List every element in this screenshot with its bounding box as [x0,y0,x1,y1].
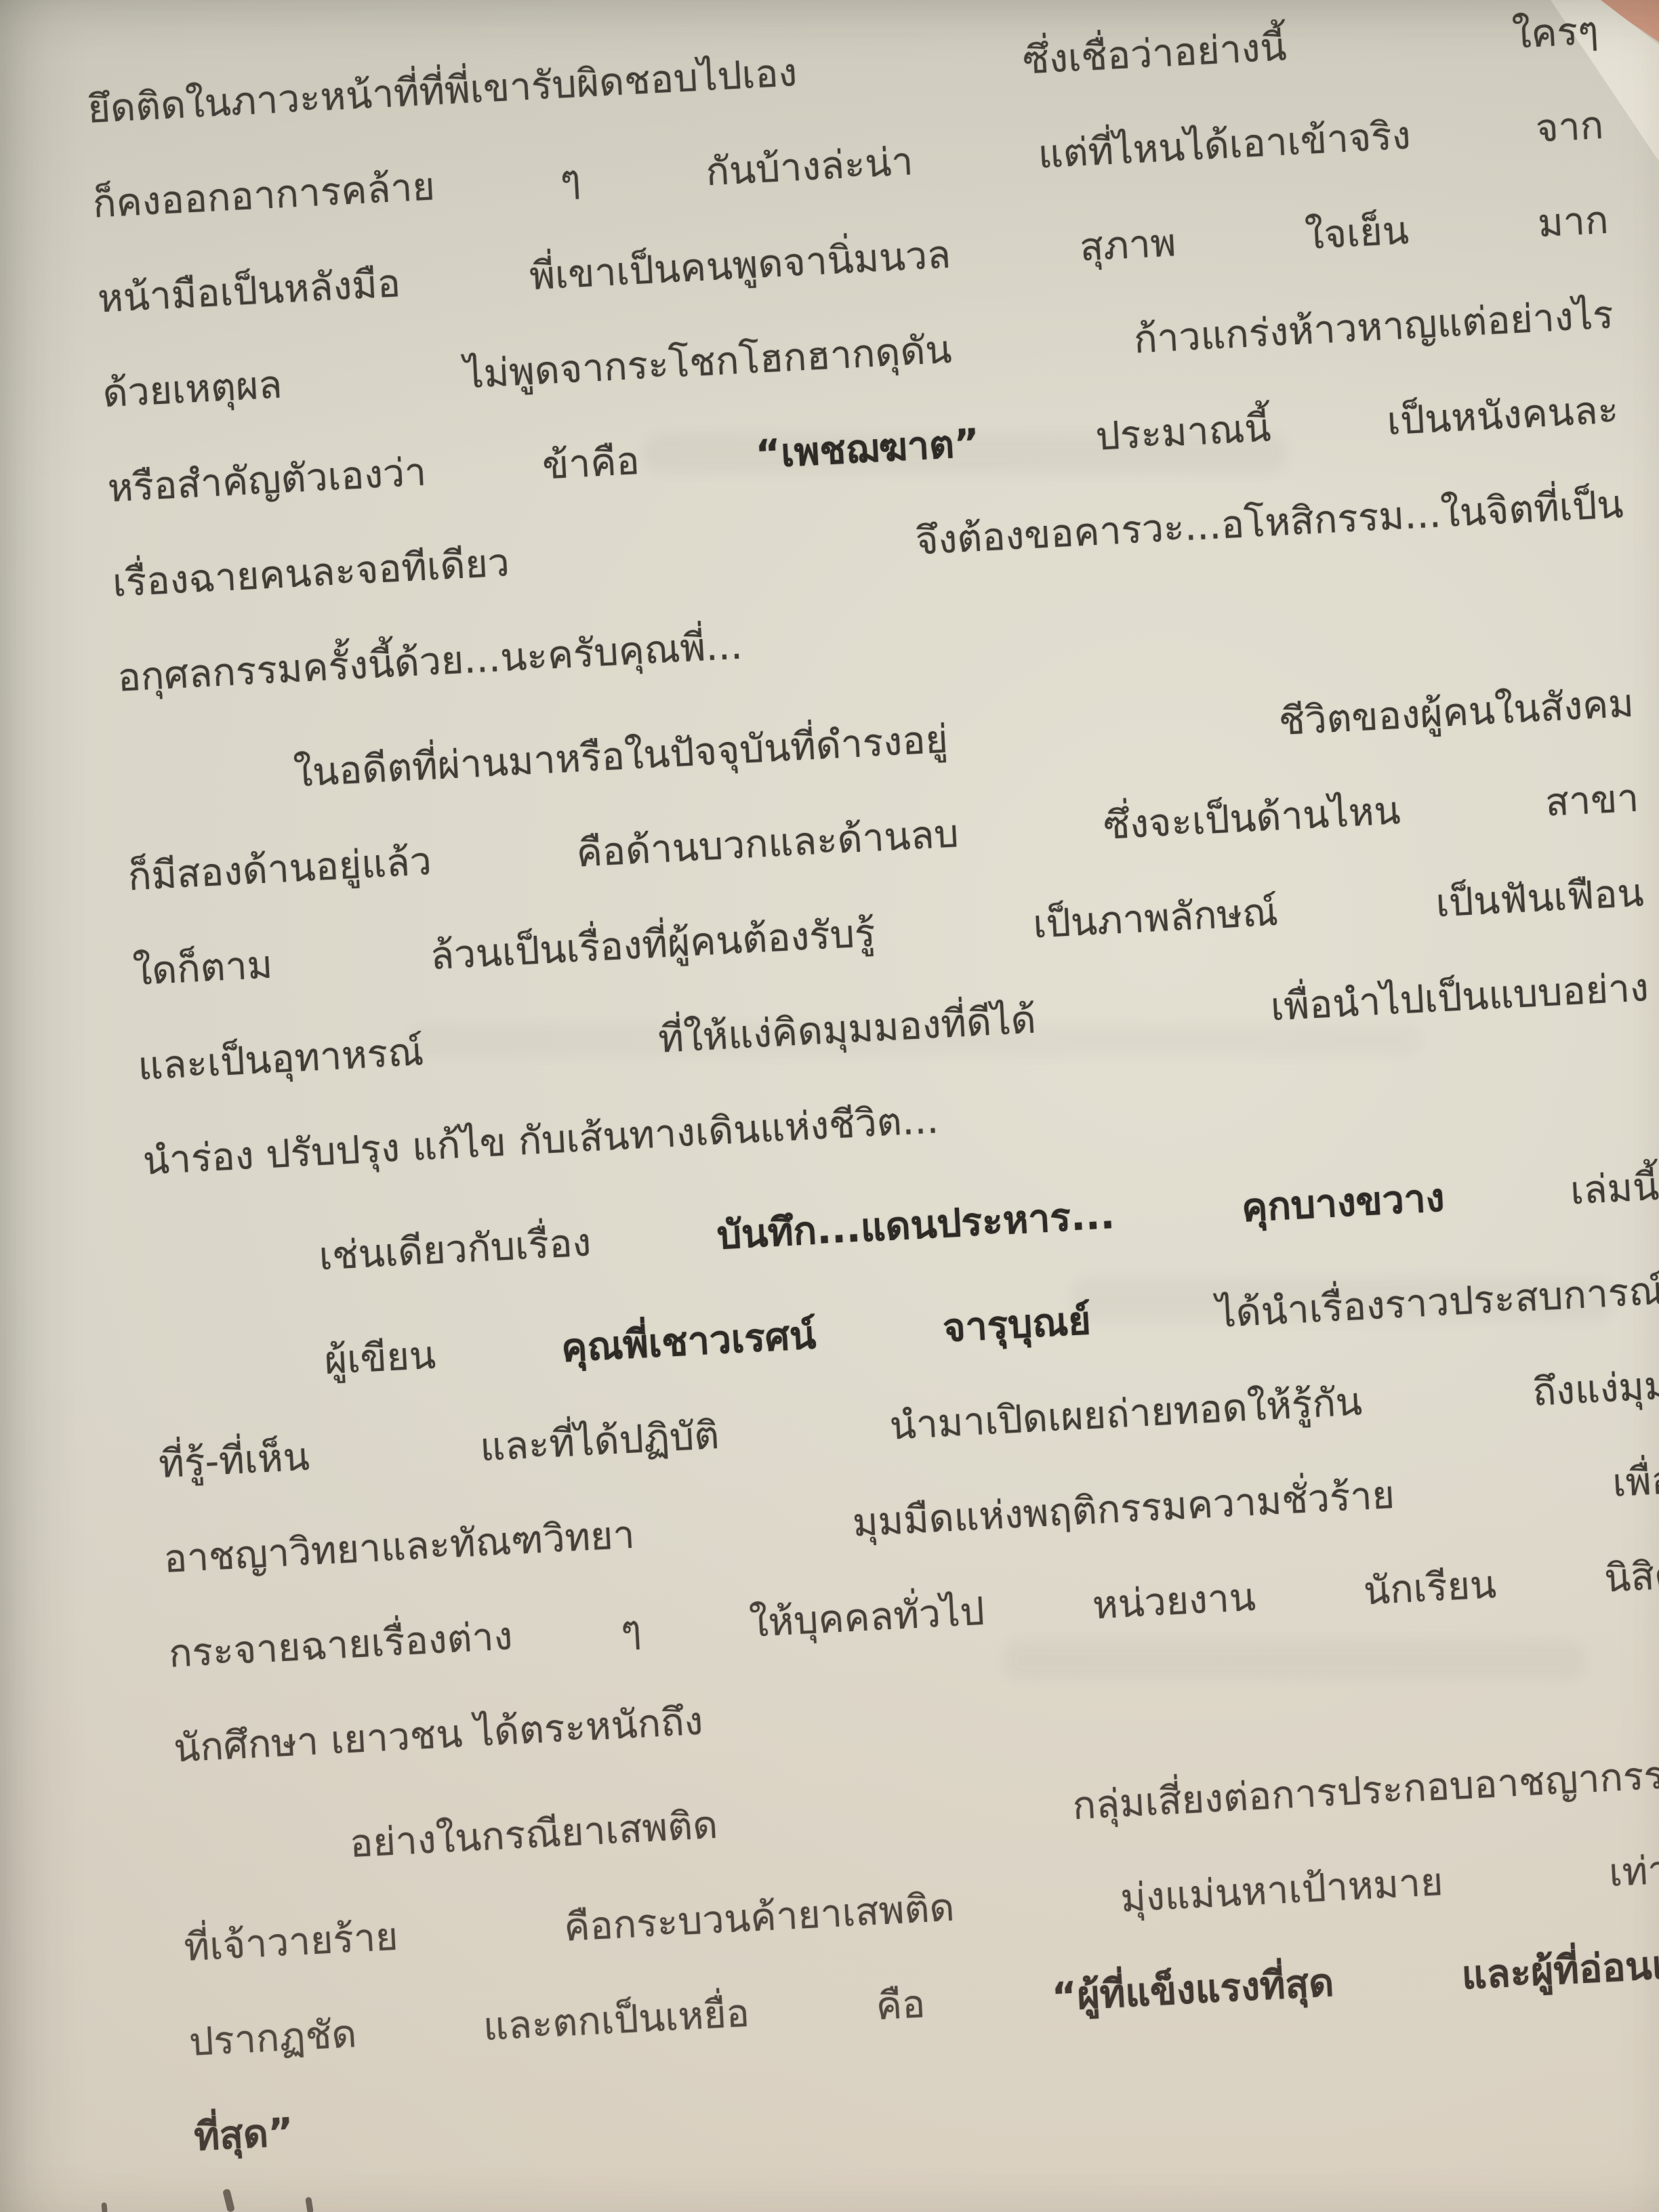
clipped-next-line-marks [101,2203,107,2212]
page-text: ยึดติดในภาวะหน้าที่ที่พี่เขารับผิดชอบไปเ… [85,0,1659,2185]
book-page-photo: ยึดติดในภาวะหน้าที่ที่พี่เขารับผิดชอบไปเ… [0,0,1659,2212]
bold-text-segment: “ผู้ที่แข็งแรงที่สุด และผู้ที่อ่อนแอ [1050,1941,1659,2020]
clipped-next-line-marks [305,2196,314,2212]
paragraph: ในอดีตที่ผ่านมาหรือในปัจจุบันที่ดำรงอยู่… [121,656,1656,1209]
paragraph: ผู้เขียน คุณพี่เชาวเรศน์ จารุบุณย์ ได้นำ… [151,1244,1659,1797]
bold-text-segment: คุณพี่เชาวเรศน์ จารุบุณย์ [560,1298,1092,1371]
text-segment: นักศึกษา เยาวชน ได้ตระหนักถึง [173,1699,704,1771]
text-segment: หรือสำคัญตัวเองว่า ข้าคือ [106,432,756,511]
text-segment: อกุศลกรรมครั้งนี้ด้วย...นะครับคุณพี่... [117,623,743,700]
clipped-next-line-marks [222,2188,235,2212]
paragraph: อย่างในกรณียาเสพติด กลุ่มเสี่ยงต่อการประ… [177,1727,1659,2185]
bold-text-segment: ที่สุด” [193,2110,295,2160]
text-segment: ปรากฏชัด และตกเป็นเหยื่อ คือ [188,1975,1052,2065]
text-segment: เช่นเดียวกับเรื่อง [318,1214,718,1279]
text-segment: นำร่อง ปรับปรุง แก้ไข กับเส้นทางเดินแห่ง… [142,1097,939,1183]
text-segment: ประมาณนี้ เป็นหนังคนละ [979,387,1620,465]
paragraph: ยึดติดในภาวะหน้าที่ที่พี่เขารับผิดชอบไปเ… [85,0,1631,726]
text-segment: เล่มนี้ [1443,1164,1659,1221]
bold-text-segment: บันทึก...แดนประหาร... คุกบางขวาง [716,1175,1446,1258]
text-segment: ผู้เขียน [323,1326,562,1383]
text-segment: ได้นำเรื่องราวประสบการณ์ [1090,1269,1659,1343]
bold-text-segment: “เพชฌฆาต” [754,421,981,477]
